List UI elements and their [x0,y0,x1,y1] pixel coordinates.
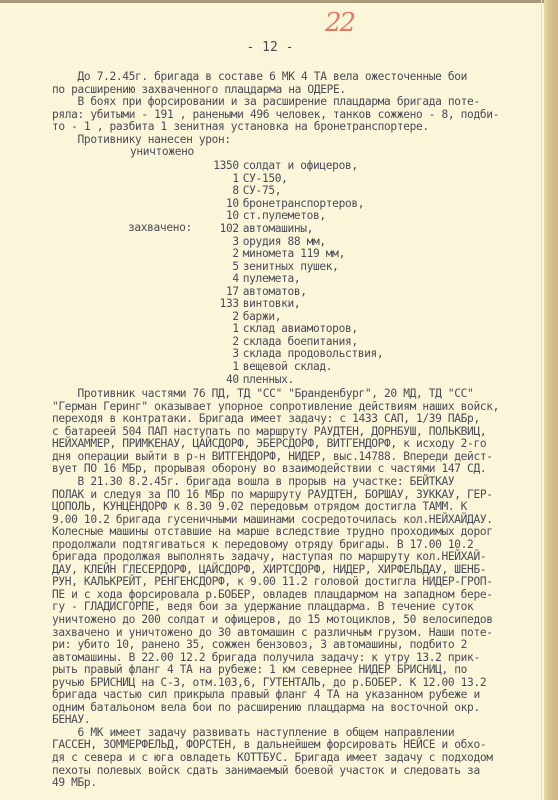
destroyed-label: уничтожено [130,145,194,159]
archive-page-number: 22 [325,8,354,38]
loss-qty: 40 [209,373,239,387]
page-top-edge [0,0,558,3]
paragraph-4-line: одним батальоном вела бои по расширению … [52,701,480,715]
loss-item: 40пленных. [196,359,294,387]
loss-item-name: пленных. [243,373,294,386]
margin-line [541,0,542,800]
page-number: - 12 - [0,40,540,55]
page-right-edge [544,0,558,800]
captured-label: захвачено: [128,221,192,235]
paragraph-5-line: 49 МБр. [52,776,97,790]
paragraph-5-line: пехоты полевых войск сдать занимаемый бо… [52,764,480,778]
